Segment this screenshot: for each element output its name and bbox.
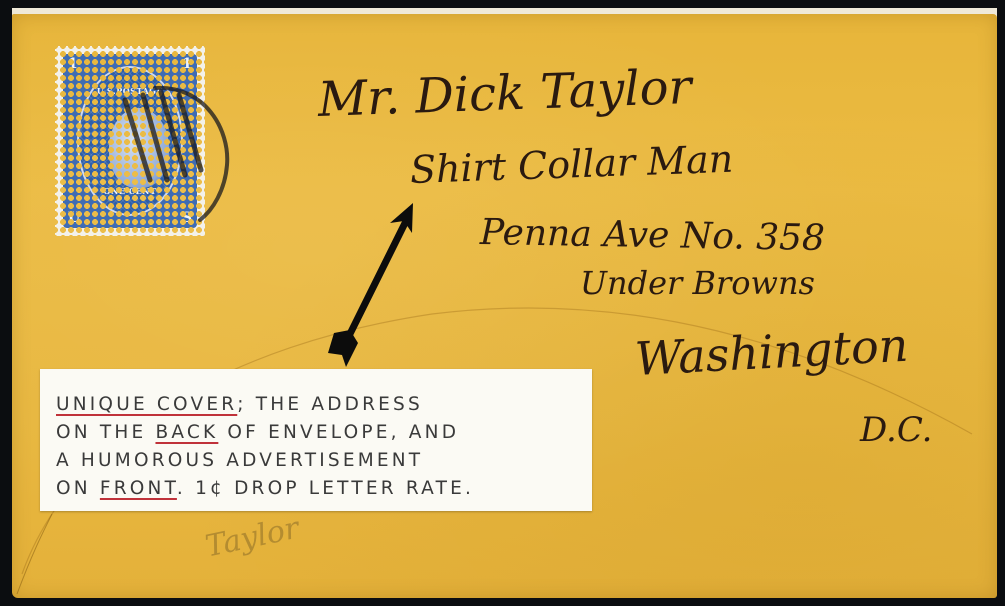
underlined-phrase: BACK bbox=[155, 422, 218, 443]
annotation-card: UNIQUE COVER; THE ADDRESSON THE BACK OF … bbox=[40, 369, 592, 511]
address-line-district: D.C. bbox=[860, 410, 932, 450]
annotation-phrase: A HUMOROUS ADVERTISEMENT bbox=[56, 450, 423, 471]
address-line-name: Mr. Dick Taylor bbox=[317, 59, 692, 128]
underlined-phrase: FRONT bbox=[100, 478, 177, 499]
portrait-stamp-icon bbox=[109, 108, 169, 188]
address-line-occupation: Shirt Collar Man bbox=[409, 137, 734, 192]
annotation-phrase: ON THE bbox=[56, 422, 155, 443]
stamp-corner-bottom-left: U bbox=[68, 210, 80, 226]
arrow-up-right-icon bbox=[320, 195, 430, 370]
address-line-location: Under Browns bbox=[580, 264, 815, 302]
stamp-frame: U.S.POSTAGE ONE CENT 1 1 U S bbox=[63, 54, 197, 228]
stamp-corner-top-left: 1 bbox=[68, 56, 78, 72]
annotation-line: ON FRONT. 1¢ DROP LETTER RATE. bbox=[56, 475, 582, 503]
stamp-top-text: U.S.POSTAGE bbox=[79, 86, 181, 96]
annotation-phrase: ON bbox=[56, 478, 100, 499]
underlined-phrase: UNIQUE COVER bbox=[56, 394, 237, 415]
annotation-phrase: OF ENVELOPE, AND bbox=[218, 422, 459, 443]
annotation-line: UNIQUE COVER; THE ADDRESS bbox=[56, 391, 582, 419]
annotation-text: UNIQUE COVER; THE ADDRESSON THE BACK OF … bbox=[56, 391, 582, 503]
stamp-oval: U.S.POSTAGE ONE CENT bbox=[77, 66, 183, 216]
address-line-city: Washington bbox=[634, 318, 910, 386]
stamp-bottom-text: ONE CENT bbox=[79, 186, 181, 196]
annotation-line: ON THE BACK OF ENVELOPE, AND bbox=[56, 419, 582, 447]
stamp-corner-bottom-right: S bbox=[182, 210, 192, 226]
postage-stamp: U.S.POSTAGE ONE CENT 1 1 U S bbox=[55, 46, 205, 236]
address-line-street: Penna Ave No. 358 bbox=[480, 212, 826, 259]
annotation-phrase: ; THE ADDRESS bbox=[237, 394, 423, 415]
stamp-corner-top-right: 1 bbox=[182, 56, 192, 72]
annotation-phrase: . 1¢ DROP LETTER RATE. bbox=[177, 478, 474, 499]
annotation-line: A HUMOROUS ADVERTISEMENT bbox=[56, 447, 582, 475]
